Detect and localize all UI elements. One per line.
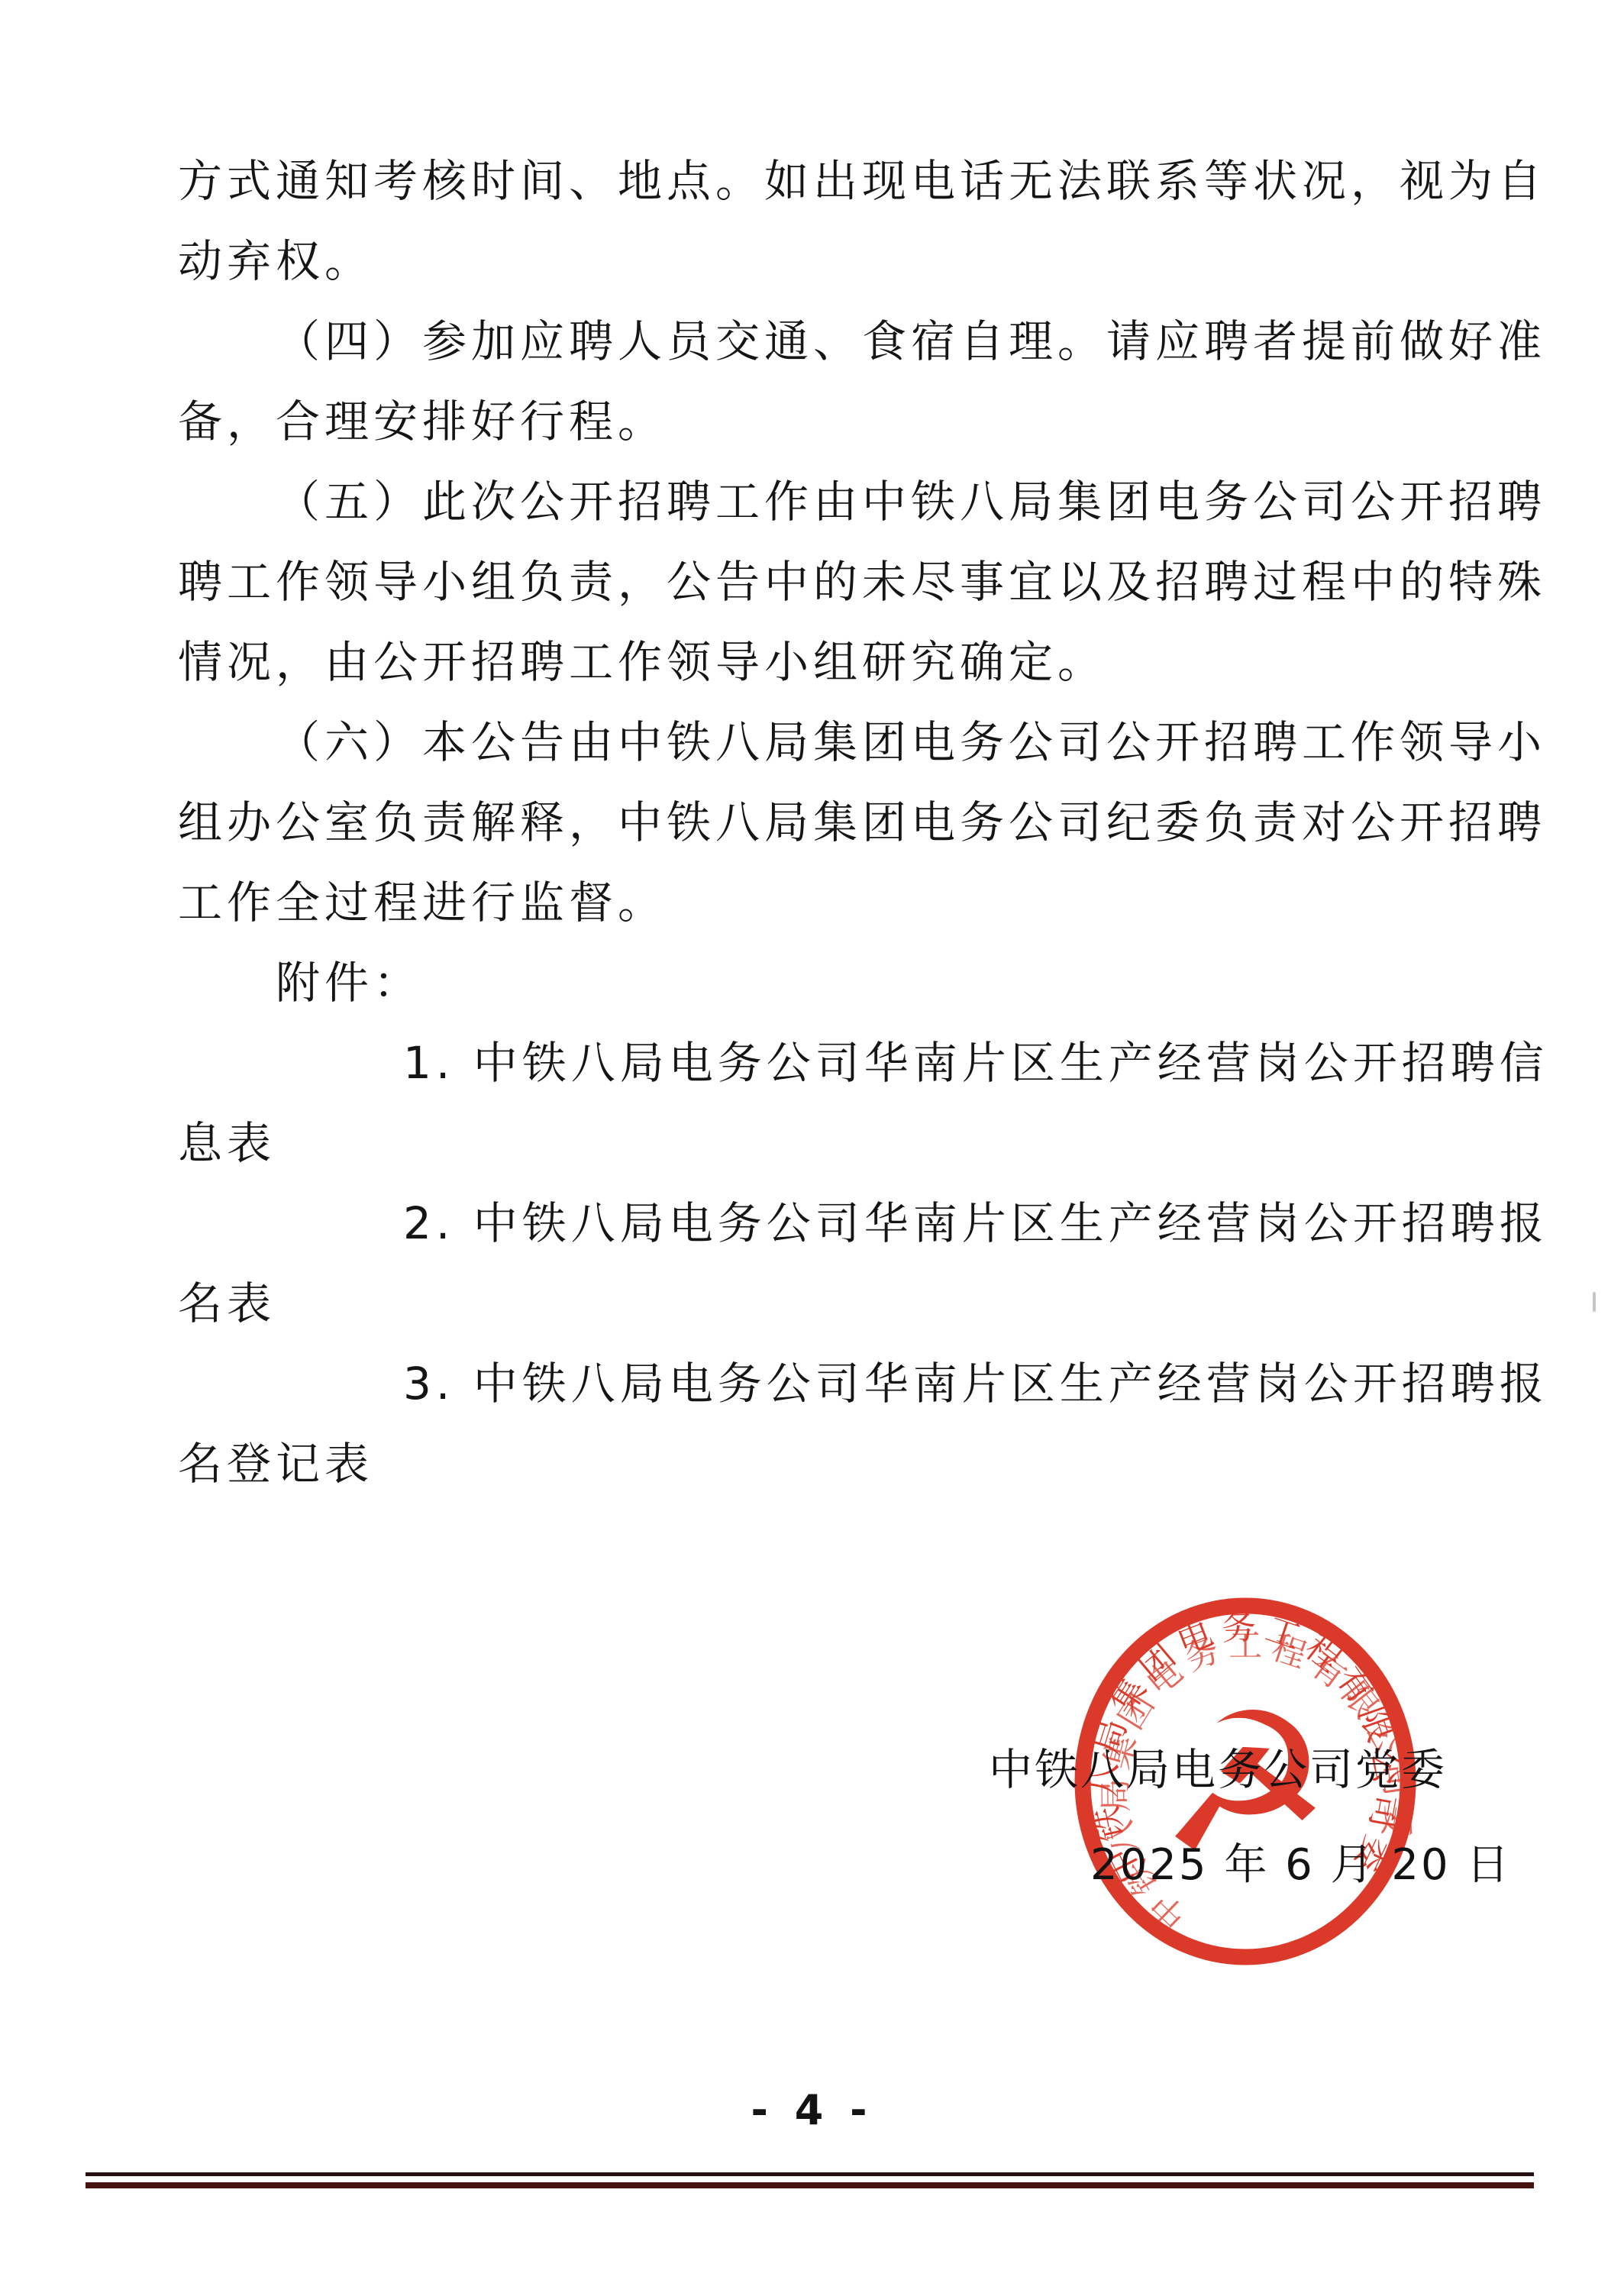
footer-rule-bottom xyxy=(86,2182,1534,2188)
document-line: 方式通知考核时间、地点。如出现电话无法联系等状况，视为自 xyxy=(178,141,1537,221)
footer-rule-top xyxy=(86,2172,1534,2176)
attachment-item-continuation: 息表 xyxy=(178,1103,1537,1184)
document-line: 组办公室负责解释，中铁八局集团电务公司纪委负责对公开招聘 xyxy=(178,783,1537,863)
document-line: （四）参加应聘人员交通、食宿自理。请应聘者提前做好准 xyxy=(178,302,1537,382)
document-page: 中铁八局集团电务工程有限公司委员会 中铁八局集团电务工程有限公司委员会 ☭ 方式… xyxy=(0,0,1624,2293)
page-number: - 4 - xyxy=(0,2086,1624,2134)
attachment-item: 2. 中铁八局电务公司华南片区生产经营岗公开招聘报 xyxy=(178,1184,1537,1264)
document-line: 动弃权。 xyxy=(178,221,1537,302)
document-line: （六）本公告由中铁八局集团电务公司公开招聘工作领导小 xyxy=(178,702,1537,783)
document-line: 工作全过程进行监督。 xyxy=(178,863,1537,943)
scan-artifact-mark xyxy=(1593,1292,1596,1312)
attachment-item-continuation: 名表 xyxy=(178,1264,1537,1344)
document-line: 情况，由公开招聘工作领导小组研究确定。 xyxy=(178,622,1537,702)
document-line: （五）此次公开招聘工作由中铁八局集团电务公司公开招聘 xyxy=(178,462,1537,542)
attachments-label: 附件： xyxy=(178,943,1537,1023)
document-line: 聘工作领导小组负责，公告中的未尽事宜以及招聘过程中的特殊 xyxy=(178,542,1537,622)
date-line: 2025 年 6 月 20 日 xyxy=(1090,1831,1511,1892)
signature-line: 中铁八局电务公司党委 xyxy=(989,1735,1477,1797)
document-body: 方式通知考核时间、地点。如出现电话无法联系等状况，视为自 动弃权。 （四）参加应… xyxy=(178,141,1537,1504)
attachment-item-continuation: 名登记表 xyxy=(178,1424,1537,1504)
attachment-item: 1. 中铁八局电务公司华南片区生产经营岗公开招聘信 xyxy=(178,1023,1537,1103)
document-line: 备，合理安排好行程。 xyxy=(178,382,1537,462)
attachment-item: 3. 中铁八局电务公司华南片区生产经营岗公开招聘报 xyxy=(178,1344,1537,1424)
